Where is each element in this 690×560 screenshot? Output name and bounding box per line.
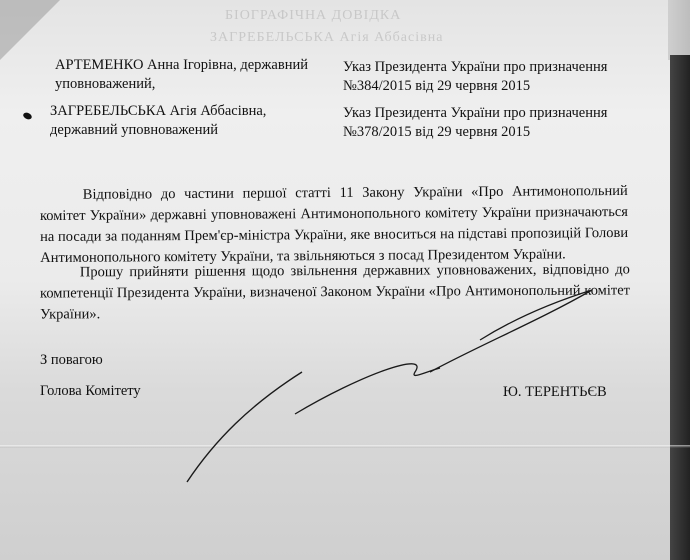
page-fold-line [0, 445, 690, 448]
document-page: БІОГРАФІЧНА ДОВІДКА ЗАГРЕБЕЛЬСЬКА Агія А… [0, 0, 690, 560]
closing-phrase: З повагою [40, 352, 103, 369]
addressee-2-name-line1: ЗАГРЕБЕЛЬСЬКА Агія Аббасівна, [50, 102, 340, 121]
page-edge-top [668, 0, 690, 60]
ink-mark [22, 111, 33, 120]
addressee-1-name-line2: уповноважений, [55, 75, 345, 94]
addressee-1-name: АРТЕМЕНКО Анна Ігорівна, державний уповн… [55, 56, 345, 94]
addressee-2-name: ЗАГРЕБЕЛЬСЬКА Агія Аббасівна, державний … [50, 102, 340, 140]
addressee-1-decree-line2: №384/2015 від 29 червня 2015 [343, 77, 643, 96]
bleedthrough-title: БІОГРАФІЧНА ДОВІДКА [225, 8, 401, 24]
body-paragraph-2: Прошу прийняти рішення щодо звільнення д… [40, 259, 630, 325]
signer-name: Ю. ТЕРЕНТЬЄВ [503, 384, 607, 401]
body-paragraph-1: Відповідно до частини першої статті 11 З… [40, 181, 629, 269]
bleedthrough-subtitle: ЗАГРЕБЕЛЬСЬКА Агія Аббасівна [210, 30, 443, 46]
addressee-1-decree-line1: Указ Президента України про призначення [343, 58, 643, 77]
addressee-2-name-line2: державний уповноважений [50, 121, 340, 140]
addressee-2-decree-line2: №378/2015 від 29 червня 2015 [343, 123, 643, 142]
addressee-1-decree: Указ Президента України про призначення … [343, 58, 643, 96]
signer-position: Голова Комітету [40, 383, 141, 400]
addressee-2-decree-line1: Указ Президента України про призначення [343, 104, 643, 123]
page-corner-shadow [0, 0, 60, 60]
addressee-2-decree: Указ Президента України про призначення … [343, 104, 643, 142]
page-edge-shadow [670, 55, 690, 560]
addressee-1-name-line1: АРТЕМЕНКО Анна Ігорівна, державний [55, 56, 345, 75]
